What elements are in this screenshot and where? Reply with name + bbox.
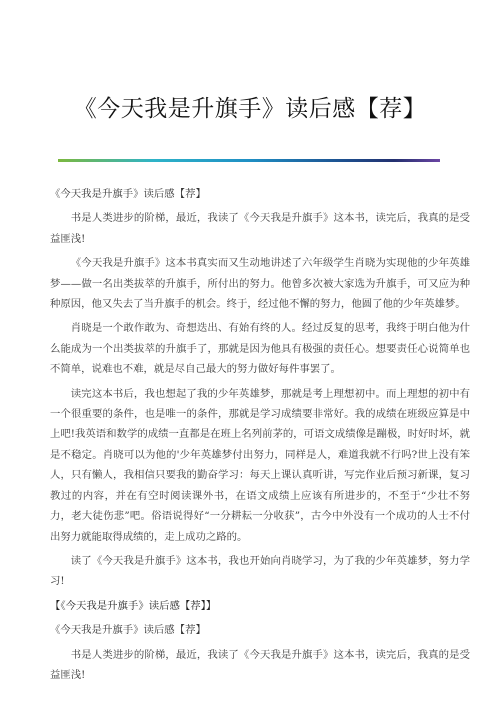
paragraph: 《今天我是升旗手》这本书真实而又生动地讲述了六年级学生肖晓为实现他的少年英雄梦—…	[50, 253, 470, 314]
gradient-divider	[58, 159, 440, 162]
paragraph: 肖晓是一个敢作敢为、奇想迭出、有始有终的人。经过反复的思考，我终于明白他为什么能…	[50, 318, 470, 379]
paragraph: 书是人类进步的阶梯，最近，我读了《今天我是升旗手》这本书，读完后，我真的是受益匪…	[50, 645, 470, 686]
paragraph: 读了《今天我是升旗手》这本书，我也开始向肖晓学习，为了我的少年英雄梦，努力学习!	[50, 551, 470, 592]
section-heading: 《今天我是升旗手》读后感【荐】	[50, 184, 470, 204]
document-title: 《今天我是升旗手》读后感【荐】	[0, 94, 500, 124]
section-heading: 《今天我是升旗手》读后感【荐】	[50, 620, 470, 640]
paragraph: 读完这本书后，我也想起了我的少年英雄梦，那就是考上理想初中。而上理想的初中有一个…	[50, 384, 470, 547]
document-body: 《今天我是升旗手》读后感【荐】 书是人类进步的阶梯，最近，我读了《今天我是升旗手…	[50, 184, 470, 689]
paragraph: 书是人类进步的阶梯，最近，我读了《今天我是升旗手》这本书，读完后，我真的是受益匪…	[50, 208, 470, 249]
section-heading-bracketed: 【《今天我是升旗手》读后感【荐】】	[50, 596, 470, 616]
